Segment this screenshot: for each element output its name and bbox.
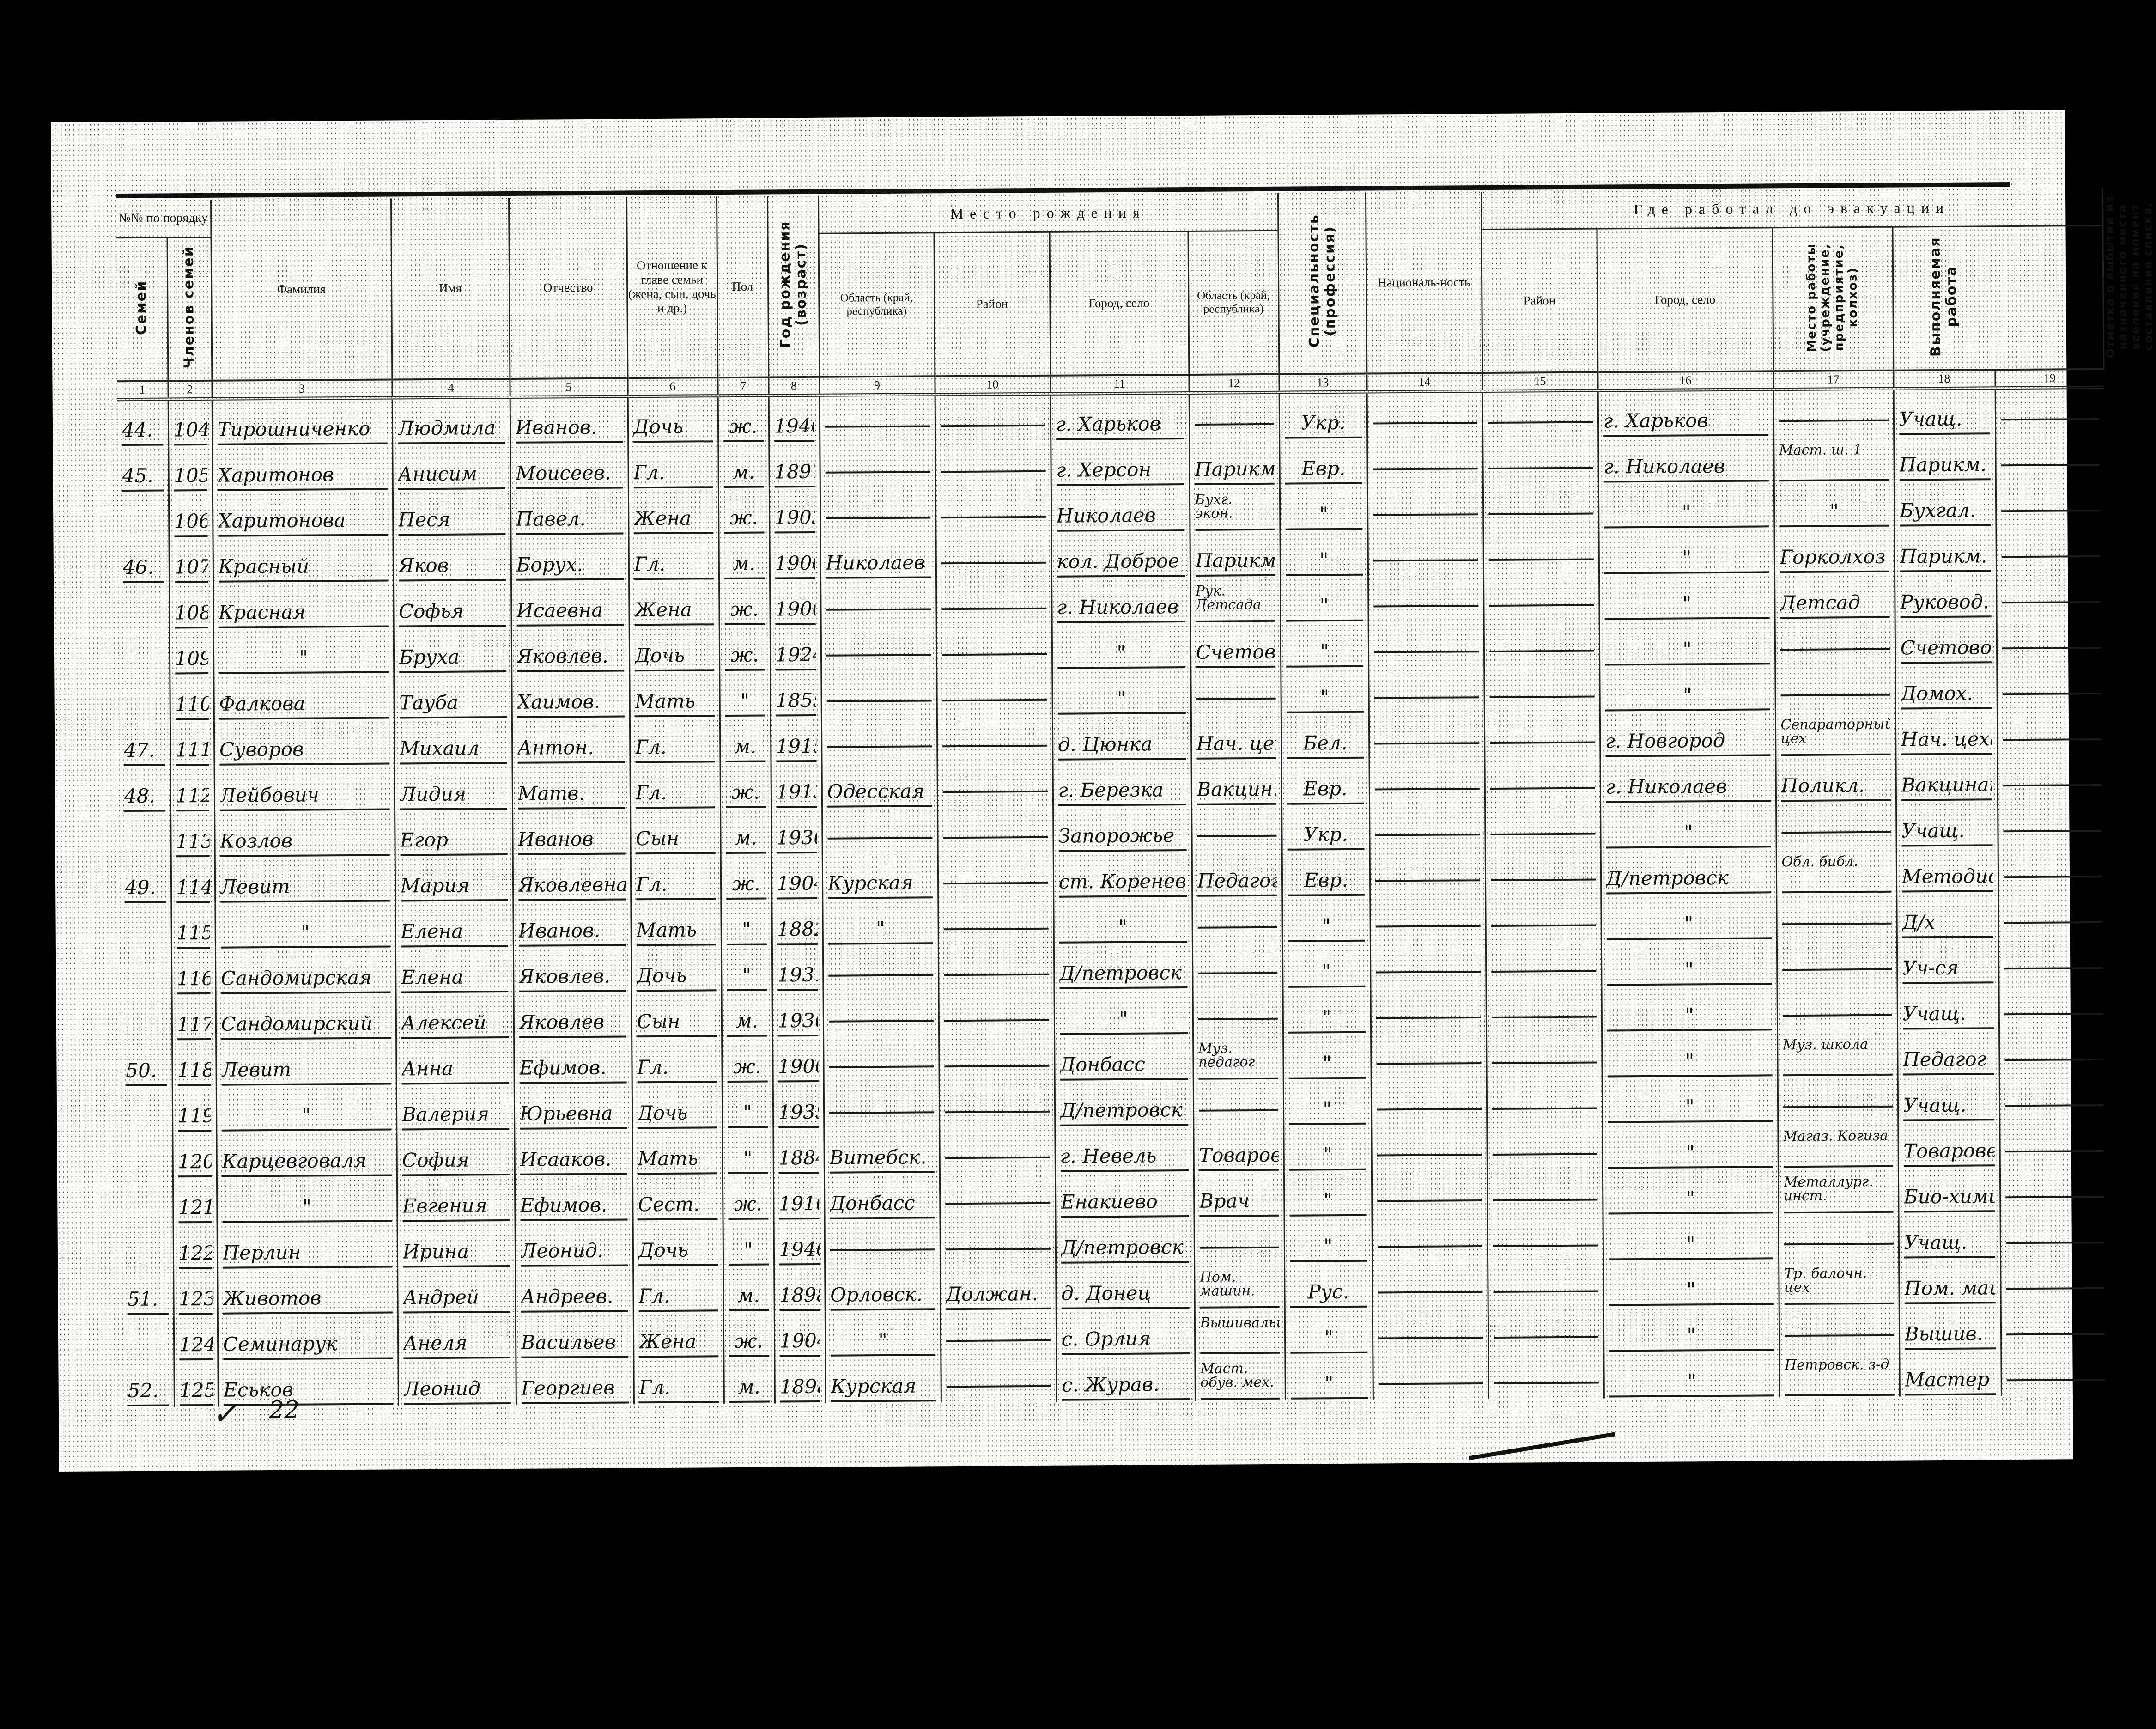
birth-city-value: ст. Коренево <box>1058 853 1187 898</box>
cell-workplace <box>1779 1305 1900 1352</box>
cell-birth-region <box>820 579 936 626</box>
work-city-value: " <box>1607 987 1772 1031</box>
column-number: 7 <box>717 377 768 396</box>
cell-workplace: Поликл. <box>1775 756 1896 803</box>
cell-work-city: " <box>1601 894 1777 941</box>
profession-value: Педагог <box>1197 852 1277 896</box>
cell-work-district <box>1488 1216 1603 1262</box>
work-city-value: " <box>1605 667 1770 711</box>
departure-note-value <box>2005 1181 2104 1198</box>
family-number-value <box>123 645 164 660</box>
cell-departure-note <box>1995 387 2104 435</box>
cell-member-number: 110. <box>170 675 214 721</box>
cell-patronymic: Павел. <box>510 489 629 536</box>
cell-relation: Гл. <box>628 535 719 581</box>
birth-city-value: Енакиево <box>1060 1174 1189 1218</box>
cell-birth-region: " <box>825 1311 941 1358</box>
nationality-value: Рус. <box>1290 1264 1367 1308</box>
first-name-value: Анна <box>401 1041 509 1084</box>
birth-city-value: " <box>1059 899 1187 944</box>
cell-work-district <box>1486 1033 1602 1079</box>
family-number-value <box>122 508 164 523</box>
birth-region-value <box>827 731 932 748</box>
cell-work-city: " <box>1602 986 1778 1032</box>
cell-first-name: Ирина <box>397 1222 516 1269</box>
patronymic-value: Иванов. <box>518 902 626 946</box>
sex-value: " <box>727 1084 768 1128</box>
birth-city-value: Д/петровск <box>1060 1082 1188 1126</box>
cell-nationality: " <box>1283 1080 1372 1126</box>
cell-birth-year: 1898 <box>774 1266 825 1312</box>
work-district-value <box>1491 910 1596 926</box>
cell-relation: Жена <box>629 580 719 627</box>
sex-value: м. <box>725 718 765 762</box>
birth-city-value: г. Николаев <box>1057 579 1185 623</box>
cell-first-name: Песя <box>393 490 511 537</box>
nationality-value: Евр. <box>1287 761 1364 804</box>
page-number: 22 <box>269 1396 300 1424</box>
sex-value: ж. <box>724 627 765 671</box>
header-work-district: Район <box>1481 229 1597 373</box>
cell-work-district <box>1483 530 1599 576</box>
birth-region-value <box>825 457 930 473</box>
cell-patronymic: Ефимов. <box>514 1038 632 1085</box>
cell-surname: Суворов <box>214 720 395 767</box>
patronymic-value: Иванов. <box>515 399 623 443</box>
cell-family-number: 44. <box>117 399 169 447</box>
cell-work-region <box>1367 484 1483 531</box>
birth-year-value: 1882 <box>777 901 818 945</box>
cell-birth-city: г. Невель <box>1055 1126 1194 1173</box>
job-value: Мастер <box>1905 1352 1996 1395</box>
column-number: 16 <box>1597 371 1773 390</box>
cell-surname: Лейбович <box>214 766 395 812</box>
work-city-value: " <box>1606 895 1772 940</box>
cell-sex: " <box>719 672 771 718</box>
work-district-value <box>1488 499 1593 515</box>
cell-work-city: " <box>1599 620 1775 666</box>
member-number-value: 107. <box>174 539 208 582</box>
surname-value: Еськов <box>223 1361 393 1406</box>
patronymic-value: Юрьевна <box>519 1085 627 1129</box>
workplace-value: Маст. ш. 1 <box>1779 437 1889 481</box>
birth-city-value: г. Херсон <box>1056 442 1184 486</box>
cell-surname: Фалкова <box>213 674 394 721</box>
workplace-value <box>1780 634 1889 650</box>
relation-value: Гл. <box>638 1268 718 1312</box>
profession-value <box>1197 821 1276 837</box>
cell-sex: " <box>723 1221 774 1267</box>
work-district-value <box>1490 727 1595 743</box>
surname-value: " <box>220 904 390 948</box>
cell-workplace: Муз. школа <box>1777 1031 1898 1078</box>
sex-value: ж. <box>727 1039 768 1083</box>
header-members: Членов семей <box>167 237 212 381</box>
cell-first-name: Андрей <box>397 1268 516 1315</box>
surname-value: Левит <box>221 1041 391 1085</box>
column-number: 15 <box>1482 372 1597 391</box>
cell-work-district <box>1484 712 1600 759</box>
birth-region-value: Курская <box>827 855 933 899</box>
cell-birth-district <box>935 487 1051 534</box>
surname-value: Суворов <box>219 721 389 765</box>
header-job: Выполняемая работа <box>1892 226 1995 371</box>
family-number-value: 45. <box>122 448 163 492</box>
cell-work-city: г. Николаев <box>1598 437 1774 483</box>
cell-nationality: Евр. <box>1281 760 1369 806</box>
birth-district-value <box>942 731 1047 747</box>
birth-city-value: с. Журав. <box>1062 1357 1190 1401</box>
departure-note-value <box>2002 678 2101 694</box>
member-number-value: 112. <box>176 767 209 811</box>
family-number-value <box>126 1103 167 1117</box>
work-region-value <box>1376 957 1481 973</box>
profession-value: Маст. обув. мех. <box>1200 1356 1280 1400</box>
cell-job: Товаровед <box>1898 1121 2000 1168</box>
cell-work-region <box>1372 1262 1488 1309</box>
first-name-value: Леонид <box>403 1361 511 1405</box>
work-city-value: г. Новгород <box>1605 712 1770 757</box>
birth-district-value <box>941 502 1046 518</box>
work-region-value <box>1372 408 1477 424</box>
work-city-value: г. Николаев <box>1603 438 1769 482</box>
header-relation: Отношение к главе семьи (жена, сын, дочь… <box>626 196 717 378</box>
cell-first-name: Яков <box>393 536 511 583</box>
cell-workplace: Маст. ш. 1 <box>1773 436 1894 483</box>
register-sheet: №№ по порядку Фамилия Имя Отчество Отнош… <box>116 182 2017 1407</box>
cell-member-number: 113. <box>170 812 215 858</box>
header-surname: Фамилия <box>211 199 392 381</box>
sex-value: ж. <box>729 1313 769 1357</box>
first-name-value: Ирина <box>402 1224 510 1267</box>
job-value: Био-химик <box>1903 1169 1995 1212</box>
cell-profession <box>1192 897 1282 944</box>
birth-city-value: с. Орлия <box>1061 1311 1190 1355</box>
cell-surname: Левит <box>216 1040 396 1087</box>
birth-year-value: 1916 <box>778 1175 819 1219</box>
cell-job: Учащ. <box>1898 1076 2000 1122</box>
cell-member-number: 119. <box>172 1087 217 1133</box>
cell-nationality: " <box>1283 1126 1372 1172</box>
cell-relation: Сын <box>630 809 721 855</box>
sex-value: " <box>728 1222 769 1266</box>
surname-value: Красный <box>218 538 388 582</box>
column-number: 4 <box>392 379 510 398</box>
cell-patronymic: Георгиев <box>516 1358 634 1405</box>
cell-workplace: Магаз. Когиза <box>1778 1122 1898 1169</box>
first-name-value: Михаил <box>399 720 507 764</box>
nationality-value: " <box>1286 669 1364 713</box>
work-district-value <box>1489 590 1594 606</box>
first-name-value: Песя <box>398 492 505 536</box>
cell-departure-note <box>1997 709 2106 755</box>
cell-work-city: " <box>1598 528 1774 575</box>
job-value: Учащ. <box>1903 1077 1994 1121</box>
departure-note-value <box>2006 1273 2105 1289</box>
birth-district-value <box>942 776 1047 792</box>
cell-departure-note <box>1998 938 2107 984</box>
cell-work-district <box>1486 987 1602 1034</box>
cell-work-city: " <box>1600 803 1776 849</box>
cell-nationality: " <box>1281 668 1369 714</box>
cell-birth-city: кол. Доброе <box>1051 532 1190 578</box>
first-name-value: Анисим <box>398 446 505 490</box>
work-region-value <box>1378 1277 1482 1293</box>
header-birthplace-group: Место рождения <box>818 193 1278 234</box>
relation-value: Гл. <box>634 536 714 580</box>
cell-member-number: 123. <box>173 1270 218 1316</box>
header-work-group: Где работал до эвакуации <box>1481 188 2103 230</box>
cell-work-district <box>1483 484 1599 530</box>
cell-surname: " <box>213 628 394 675</box>
cell-work-district <box>1487 1124 1603 1171</box>
cell-workplace: Детсад <box>1774 573 1895 620</box>
cell-family-number: 48. <box>120 767 171 813</box>
relation-value: Сын <box>636 810 716 854</box>
cell-birth-city: " <box>1053 898 1192 944</box>
birth-region-value <box>826 503 930 519</box>
job-value: Парикм. <box>1899 437 1991 481</box>
cell-nationality: " <box>1282 897 1370 943</box>
cell-birth-region <box>822 808 938 854</box>
cell-sex: " <box>721 901 772 947</box>
header-nationality: Националь-ность <box>1366 192 1482 374</box>
first-name-value: Мария <box>400 858 508 901</box>
cell-birth-region <box>820 395 935 443</box>
header-sex: Пол <box>717 196 768 378</box>
cell-relation: Гл. <box>630 763 721 810</box>
cell-work-city: " <box>1599 665 1775 712</box>
work-city-value: " <box>1608 1124 1773 1169</box>
birth-district-value: Должан. <box>946 1266 1051 1309</box>
column-number: 2 <box>168 381 212 399</box>
surname-value: Красная <box>219 584 389 628</box>
cell-member-number: 108. <box>169 584 213 630</box>
work-region-value <box>1375 911 1480 927</box>
patronymic-value: Хаимов. <box>517 674 625 718</box>
cell-surname: Карцевговаля <box>216 1132 397 1178</box>
cell-surname: " <box>216 1086 397 1132</box>
cell-birth-district <box>938 899 1054 945</box>
cell-profession <box>1192 943 1283 989</box>
cell-relation: Гл. <box>630 718 720 764</box>
work-city-value: " <box>1604 575 1770 620</box>
cell-member-number: 107. <box>169 538 213 584</box>
cell-sex: ж. <box>718 489 770 535</box>
sex-value: ж. <box>724 581 765 625</box>
cell-workplace: " <box>1774 482 1895 529</box>
birth-region-value: Одесская <box>827 763 932 807</box>
cell-birth-year: 1940 <box>774 1220 825 1266</box>
work-city-value: " <box>1604 621 1770 665</box>
nationality-value: " <box>1288 1035 1366 1079</box>
register-table: №№ по порядку Фамилия Имя Отчество Отнош… <box>116 188 2110 1407</box>
family-number-value <box>124 691 165 706</box>
cell-family-number: 47. <box>119 721 170 767</box>
cell-profession <box>1190 669 1281 715</box>
cell-surname: Семинарук <box>218 1315 398 1361</box>
member-number-value: 109. <box>175 630 208 674</box>
work-region-value <box>1375 865 1480 882</box>
cell-nationality: " <box>1284 1217 1373 1263</box>
birth-year-value: 1904 <box>777 855 817 899</box>
cell-surname: " <box>217 1177 397 1224</box>
cell-first-name: Михаил <box>394 719 512 766</box>
birth-city-value: г. Березка <box>1058 762 1186 806</box>
cell-surname: Сандомирский <box>216 994 396 1041</box>
cell-profession: Педагог <box>1192 852 1282 898</box>
cell-relation: Жена <box>633 1312 724 1358</box>
cell-profession: Нач. цеха <box>1191 714 1281 761</box>
surname-value: Сандомирская <box>220 950 390 994</box>
work-district-value <box>1489 636 1594 652</box>
cell-birth-year: 1931 <box>772 946 823 992</box>
departure-note-value <box>2001 495 2100 511</box>
work-region-value <box>1378 1369 1483 1385</box>
first-name-value: Бруха <box>399 629 506 673</box>
cell-birth-district <box>940 1173 1056 1220</box>
nationality-value: " <box>1289 1172 1366 1216</box>
sex-value: " <box>725 673 765 717</box>
cell-job: Руковод. <box>1895 572 1997 619</box>
header-workplace: Место работы (учреждение, предприятие, к… <box>1772 227 1893 371</box>
birth-year-value: 1904 <box>779 1313 820 1357</box>
cell-workplace: Металлург. инст. <box>1778 1168 1899 1215</box>
cell-sex: м. <box>718 443 769 489</box>
cell-profession: Вышивальщ. <box>1195 1309 1285 1355</box>
birth-year-value: 1913 <box>776 764 817 808</box>
sex-value: м. <box>726 810 766 854</box>
departure-note-value <box>2004 1090 2103 1106</box>
cell-birth-district <box>935 533 1051 579</box>
member-number-value: 123. <box>179 1271 213 1314</box>
cell-birth-region <box>823 945 939 992</box>
cell-patronymic: Яковлевна <box>513 855 631 902</box>
cell-work-city: Д/петровск <box>1601 848 1777 895</box>
sex-value: м. <box>729 1267 769 1311</box>
family-number-value: 48. <box>124 768 165 812</box>
cell-nationality: " <box>1284 1171 1372 1218</box>
cell-relation: Гл. <box>632 1038 722 1084</box>
cell-surname: Красная <box>213 583 394 629</box>
birth-year-value: 1936 <box>777 810 817 853</box>
cell-birth-city: г. Херсон <box>1051 440 1190 487</box>
cell-birth-district <box>937 807 1053 854</box>
cell-birth-district <box>939 1082 1055 1128</box>
cell-family-number <box>123 1315 174 1362</box>
nationality-value: " <box>1286 578 1363 621</box>
cell-sex: ж. <box>721 855 772 901</box>
surname-value: Фалкова <box>219 675 389 719</box>
cell-profession <box>1189 392 1280 440</box>
cell-work-district <box>1484 621 1600 668</box>
birth-region-value <box>828 1006 933 1022</box>
cell-first-name: Евгения <box>397 1176 515 1223</box>
first-name-value: Андрей <box>403 1269 510 1313</box>
birth-city-value: г. Харьков <box>1056 396 1184 440</box>
work-city-value: " <box>1608 1216 1773 1260</box>
cell-sex: м. <box>722 992 773 1038</box>
first-name-value: Лидия <box>400 766 507 810</box>
cell-work-city: " <box>1602 1077 1778 1124</box>
cell-profession <box>1191 806 1282 852</box>
work-region-value <box>1375 820 1480 836</box>
birth-district-value <box>946 1371 1051 1387</box>
first-name-value: Людмила <box>397 400 505 444</box>
cell-first-name: Алексей <box>396 993 514 1040</box>
workplace-value: Муз. школа <box>1783 1032 1893 1076</box>
cell-birth-region <box>823 991 939 1037</box>
nationality-value: " <box>1285 532 1363 576</box>
cell-job: Педагог <box>1897 1030 1999 1076</box>
header-families: Семей <box>116 237 168 381</box>
cell-departure-note <box>1997 755 2106 801</box>
cell-nationality: Бел. <box>1281 714 1369 760</box>
birth-district-value <box>941 456 1045 472</box>
cell-member-number: 118. <box>172 1041 216 1087</box>
cell-workplace: Обл. библ. <box>1776 848 1897 895</box>
birth-region-value <box>827 823 932 839</box>
cell-work-region <box>1367 530 1483 577</box>
surname-value: Харитонов <box>218 446 388 491</box>
cell-departure-note <box>1996 481 2105 527</box>
cell-first-name: Анисим <box>392 444 510 491</box>
birth-region-value: Орловск. <box>830 1266 935 1310</box>
cell-profession: Муз. педагог <box>1193 1035 1283 1081</box>
departure-note-value <box>2001 541 2100 557</box>
cell-work-city: " <box>1603 1352 1779 1398</box>
work-district-value <box>1488 544 1593 560</box>
work-city-value: Д/петровск <box>1606 850 1771 894</box>
relation-value: Гл. <box>633 444 713 488</box>
workplace-value: Магаз. Когиза <box>1783 1123 1893 1167</box>
cell-sex: м. <box>723 1358 775 1404</box>
relation-value: Жена <box>634 582 714 626</box>
cell-family-number <box>118 493 169 539</box>
cell-family-number <box>121 995 172 1041</box>
cell-work-city: " <box>1603 1169 1779 1215</box>
birth-year-value: 1898 <box>780 1358 820 1402</box>
surname-value: Харитонова <box>218 492 388 536</box>
column-number: 3 <box>212 380 392 399</box>
cell-first-name: Мария <box>395 856 513 903</box>
cell-birth-district <box>939 990 1055 1037</box>
birth-region-value <box>829 1052 934 1068</box>
profession-value <box>1199 1232 1279 1248</box>
cell-profession <box>1193 1080 1284 1126</box>
surname-value: Левит <box>220 858 390 902</box>
work-district-value <box>1488 407 1592 423</box>
family-number-value: 46. <box>123 539 164 583</box>
job-value: Вакцинатор <box>1901 757 1992 801</box>
cell-job: Бухгал. <box>1894 481 1996 527</box>
cell-job: Домох. <box>1895 664 1997 710</box>
cell-workplace <box>1776 802 1896 849</box>
sex-value: ж. <box>723 398 764 442</box>
job-value: Руковод. <box>1900 574 1992 618</box>
profession-value: Пом. машин. <box>1200 1264 1280 1308</box>
header-birth-region: Область (край, республика) <box>819 233 935 377</box>
surname-value: Тирошниченко <box>217 401 387 445</box>
birth-region-value <box>825 411 929 427</box>
patronymic-value: Яковлев. <box>518 948 626 992</box>
column-number: 14 <box>1366 373 1482 392</box>
cell-work-region <box>1368 621 1484 668</box>
nationality-value: Евр. <box>1287 852 1365 896</box>
cell-birth-city: г. Харьков <box>1051 393 1190 441</box>
cell-patronymic: Моисеев. <box>510 444 628 490</box>
nationality-value: " <box>1288 989 1366 1033</box>
